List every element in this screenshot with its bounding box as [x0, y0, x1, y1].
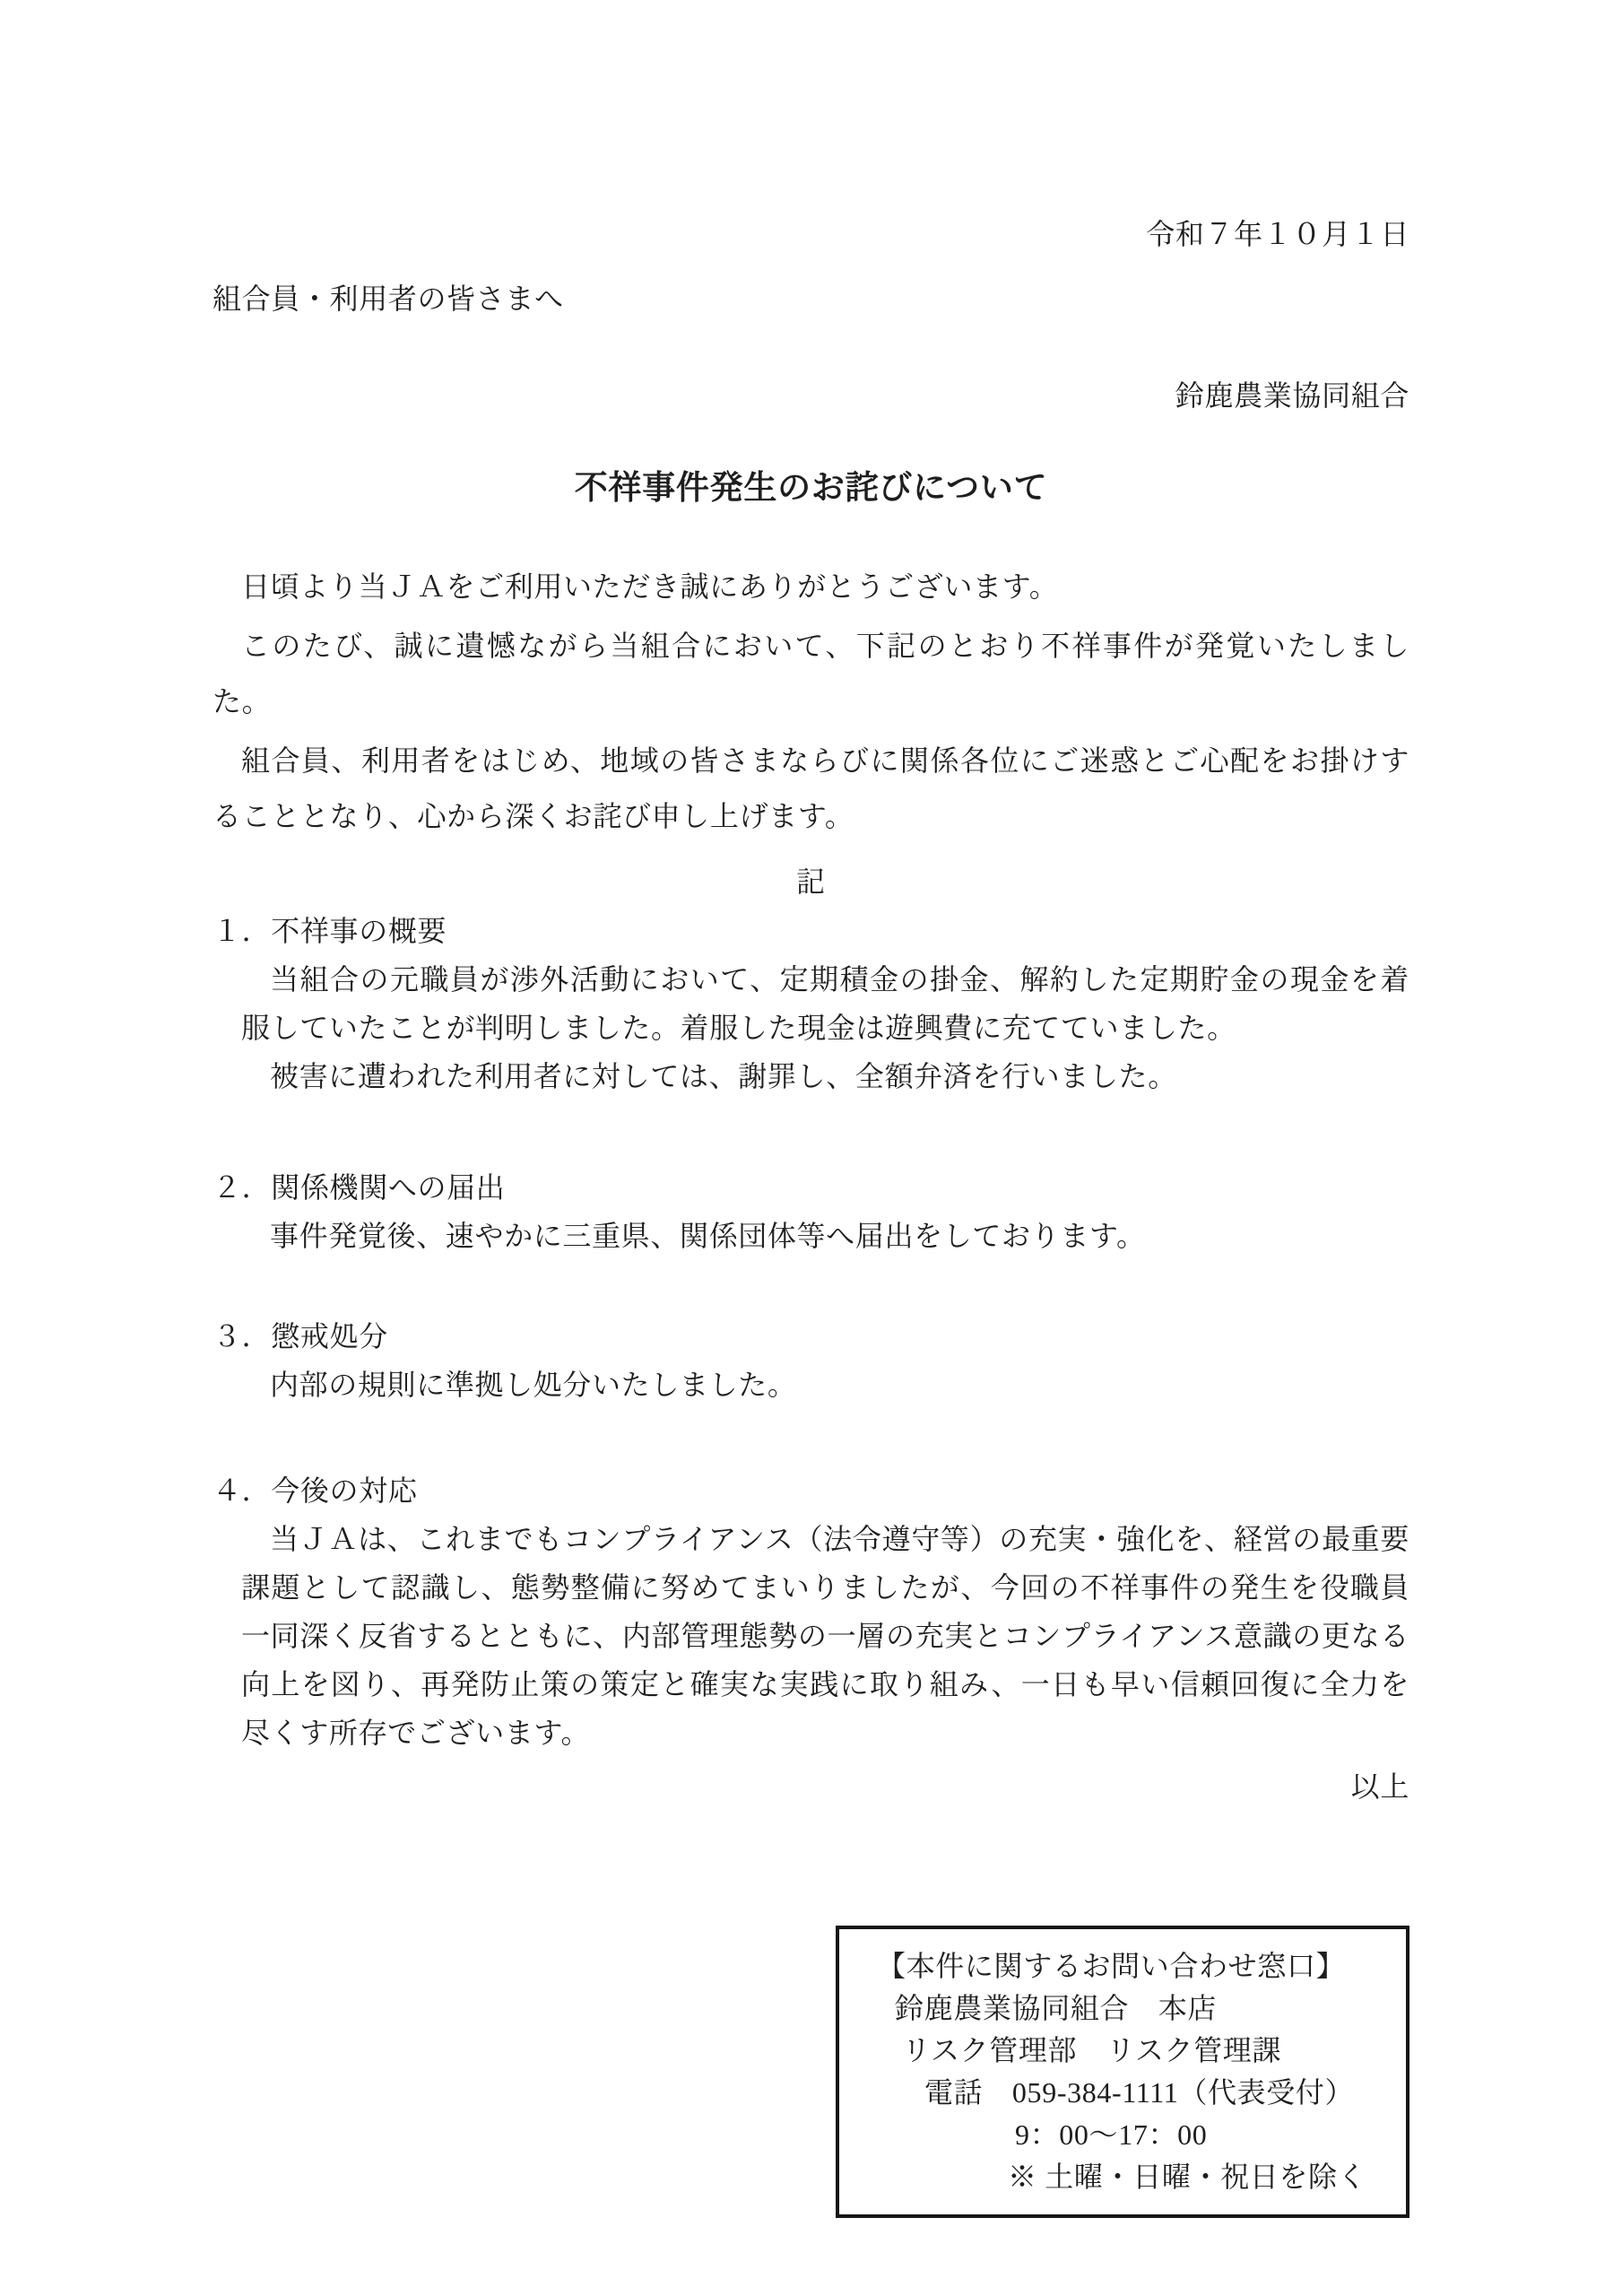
section-1-paragraph-1: 当組合の元職員が渉外活動において、定期積金の掛金、解約した定期貯金の現金を着服し…	[241, 955, 1409, 1052]
notice-marker: 記	[213, 857, 1409, 907]
section-3-heading: ３．懲戒処分	[213, 1312, 1409, 1361]
intro-paragraph-3: 組合員、利用者をはじめ、地域の皆さまならびに関係各位にご迷惑とご心配をお掛けする…	[213, 733, 1409, 844]
contact-closed-days-note: ※ 土曜・日曜・祝日を除く	[839, 2156, 1393, 2198]
section-2-paragraph-1: 事件発覚後、速やかに三重県、関係団体等へ届出をしております。	[241, 1212, 1409, 1260]
document-title: 不祥事件発生のお詫びについて	[213, 460, 1409, 517]
intro-paragraph-2: このたび、誠に遺憾ながら当組合において、下記のとおり不祥事件が発覚いたしました。	[213, 618, 1409, 729]
intro-block: 日頃より当ＪＡをご利用いただき誠にありがとうございます。 このたび、誠に遺憾なが…	[213, 559, 1409, 844]
section-4-heading: ４．今後の対応	[213, 1466, 1409, 1515]
document-page: 令和７年１０月１日 組合員・利用者の皆さまへ 鈴鹿農業協同組合 不祥事件発生のお…	[0, 0, 1622, 2296]
sender-line: 鈴鹿農業協同組合	[213, 370, 1409, 421]
contact-box-title: 【本件に関するお問い合わせ窓口】	[839, 1945, 1393, 1987]
section-1: １．不祥事の概要 当組合の元職員が渉外活動において、定期積金の掛金、解約した定期…	[213, 907, 1409, 1100]
contact-organization: 鈴鹿農業協同組合 本店	[839, 1987, 1393, 2030]
section-1-heading: １．不祥事の概要	[213, 907, 1409, 955]
section-3: ３．懲戒処分 内部の規則に準拠し処分いたしました。	[213, 1312, 1409, 1409]
section-1-paragraph-2: 被害に遭われた利用者に対しては、謝罪し、全額弁済を行いました。	[241, 1052, 1409, 1100]
contact-box: 【本件に関するお問い合わせ窓口】 鈴鹿農業協同組合 本店 リスク管理部 リスク管…	[836, 1926, 1409, 2218]
contact-phone: 電話 059-384-1111（代表受付）	[839, 2072, 1393, 2114]
section-3-paragraph-1: 内部の規則に準拠し処分いたしました。	[241, 1361, 1409, 1409]
date-line: 令和７年１０月１日	[213, 209, 1409, 259]
closing-marker: 以上	[213, 1762, 1409, 1811]
section-4-paragraph-1: 当ＪＡは、これまでもコンプライアンス（法令遵守等）の充実・強化を、経営の最重要課…	[241, 1515, 1409, 1757]
contact-department: リスク管理部 リスク管理課	[839, 2030, 1393, 2072]
section-2: ２．関係機関への届出 事件発覚後、速やかに三重県、関係団体等へ届出をしております…	[213, 1163, 1409, 1260]
intro-paragraph-1: 日頃より当ＪＡをご利用いただき誠にありがとうございます。	[213, 559, 1409, 614]
addressee-line: 組合員・利用者の皆さまへ	[213, 274, 1409, 324]
contact-hours: 9：00～17：00	[839, 2114, 1393, 2156]
section-2-heading: ２．関係機関への届出	[213, 1163, 1409, 1212]
section-4: ４．今後の対応 当ＪＡは、これまでもコンプライアンス（法令遵守等）の充実・強化を…	[213, 1466, 1409, 1757]
